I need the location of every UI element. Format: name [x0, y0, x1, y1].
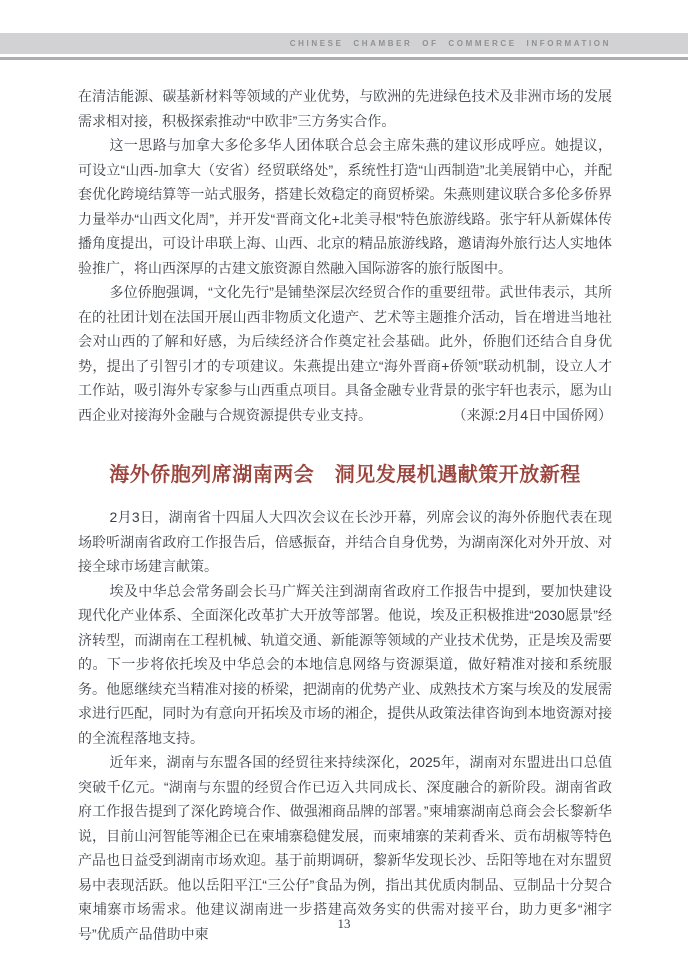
paragraph-continuation: 在清洁能源、碳基新材料等领域的产业优势，与欧洲的先进绿色技术及非洲市场的发展需求…: [78, 84, 612, 133]
page-content: 在清洁能源、碳基新材料等领域的产业优势，与欧洲的先进绿色技术及非洲市场的发展需求…: [78, 84, 612, 946]
page-number: 13: [0, 916, 688, 932]
paragraph: 埃及中华总会常务副会长马广辉关注到湖南省政府工作报告中提到，要加快建设现代化产业…: [78, 579, 612, 751]
paragraph-with-source: 多位侨胞强调，“文化先行”是铺垫深层次经贸合作的重要纽带。武世伟表示，其所在的社…: [78, 280, 612, 427]
header-rule: [0, 57, 688, 60]
source-credit: （来源:2月4日中国侨网）: [421, 403, 612, 428]
masthead-text: CHINESE CHAMBER OF COMMERCE INFORMATION: [290, 39, 611, 48]
newsletter-page: { "header": { "masthead": "CHINESE CHAMB…: [0, 0, 688, 971]
article-title: 海外侨胞列席湖南两会 洞见发展机遇献策开放新程: [78, 462, 612, 488]
header-band: CHINESE CHAMBER OF COMMERCE INFORMATION: [0, 33, 688, 54]
paragraph: 这一思路与加拿大多伦多华人团体联合总会主席朱燕的建议形成呼应。她提议，可设立“山…: [78, 133, 612, 280]
paragraph: 2月3日，湖南省十四届人大四次会议在长沙开幕，列席会议的海外侨胞代表在现场聆听湖…: [78, 505, 612, 579]
paragraph-text: 多位侨胞强调，“文化先行”是铺垫深层次经贸合作的重要纽带。武世伟表示，其所在的社…: [78, 284, 612, 423]
